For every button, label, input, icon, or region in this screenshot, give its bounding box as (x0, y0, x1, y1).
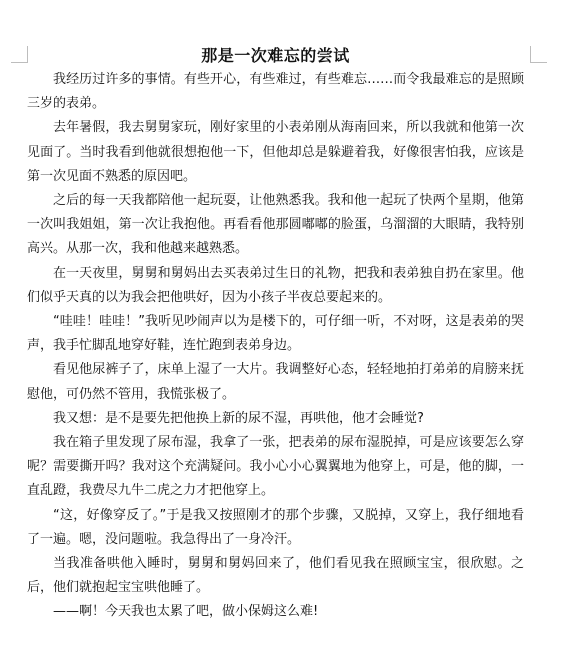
paragraph-5: “哇哇！哇哇！”我听见吵闹声以为是楼下的，可仔细一听，不对呀，这是表弟的哭声，我… (27, 310, 524, 358)
paragraph-8: 我在箱子里发现了尿布湿，我拿了一张，把表弟的尿布湿脱掉，可是应该要怎么穿呢？需要… (27, 431, 524, 504)
paragraph-7: 我又想：是不是要先把他换上新的尿不湿，再哄他，他才会睡觉? (27, 407, 524, 431)
paragraph-3: 之后的每一天我都陪他一起玩耍，让他熟悉我。我和他一起玩了快两个星期，他第一次叫我… (27, 189, 524, 262)
paragraph-6: 看见他尿裤子了，床单上湿了一大片。我调整好心态，轻轻地拍打弟弟的肩膀来抚慰他，可… (27, 358, 524, 406)
paragraph-4: 在一天夜里，舅舅和舅妈出去买表弟过生日的礼物，把我和表弟独自扔在家里。他们似乎天… (27, 262, 524, 310)
margin-corner-mark-top-right (530, 46, 547, 63)
document-title: 那是一次难忘的尝试 (27, 44, 524, 68)
paragraph-2: 去年暑假，我去舅舅家玩，刚好家里的小表弟刚从海南回来，所以我就和他第一次见面了。… (27, 116, 524, 189)
paragraph-11: ——啊！今天我也太累了吧，做小保姆这么难! (27, 600, 524, 624)
margin-corner-mark-top-left (11, 46, 28, 63)
paragraph-9: “这，好像穿反了。”于是我又按照刚才的那个步骤，又脱掉，又穿上，我仔细地看了一遍… (27, 504, 524, 552)
paragraph-10: 当我准备哄他入睡时，舅舅和舅妈回来了，他们看见我在照顾宝宝，很欣慰。之后，他们就… (27, 552, 524, 600)
document-body: 那是一次难忘的尝试 我经历过许多的事情。有些开心，有些难过，有些难忘……而令我最… (27, 44, 524, 625)
paragraph-1: 我经历过许多的事情。有些开心，有些难过，有些难忘……而令我最难忘的是照顾三岁的表… (27, 68, 524, 116)
document-page: 那是一次难忘的尝试 我经历过许多的事情。有些开心，有些难过，有些难忘……而令我最… (0, 0, 562, 658)
